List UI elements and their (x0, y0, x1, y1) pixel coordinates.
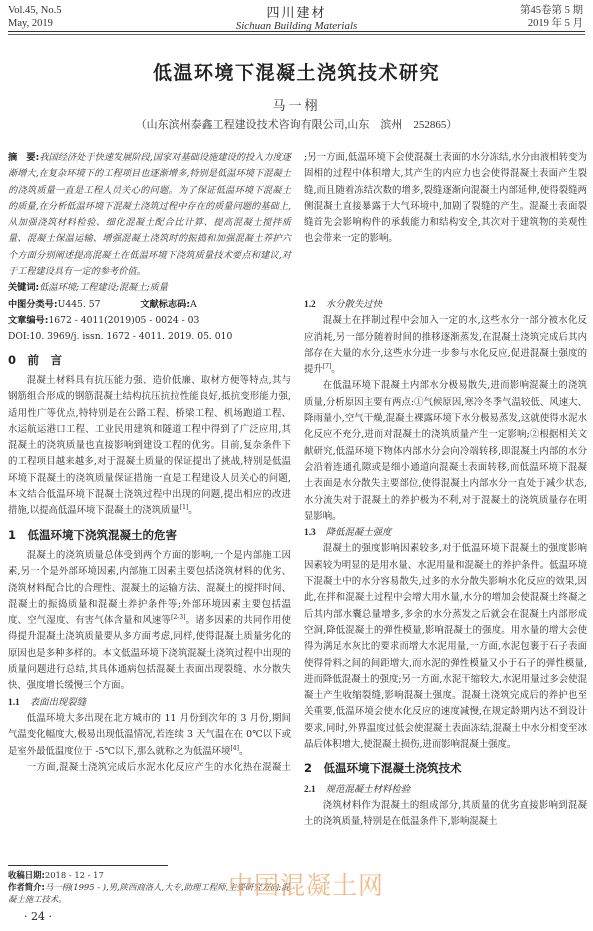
header-rule-thin (8, 34, 585, 35)
received-label: 收稿日期: (8, 870, 45, 880)
article-affiliation: （山东滨州泰鑫工程建设技术咨询有限公司,山东 滨州 252865） (0, 116, 593, 132)
paragraph-text: 。 (331, 364, 340, 375)
paragraph-text: 低温环境大多出现在北方城市的 11 月份到次年的 3 月份,期间气温变化幅度大,… (8, 713, 291, 757)
page-number: · 24 · (24, 910, 52, 923)
abstract-label: 摘 要: (8, 152, 39, 163)
section-0-heading: 0 前 言 (8, 352, 291, 368)
paragraph-text: 一方面,混凝土浇筑完成后水泥水化反应产生的水化热在混凝土内部难以散失,而外部温度… (8, 762, 291, 776)
article-no-value: 1672 - 4011(2019)05 - 0024 - 03 (48, 315, 199, 326)
doi: DOI:10. 3969/j. issn. 1672 - 4011. 2019.… (8, 329, 291, 345)
subsection-number: 1.1 (8, 698, 20, 708)
doc-code-label: 文献标志码: (140, 299, 190, 310)
footnote-rule (8, 865, 168, 866)
subsection-1-2-heading: 1.2水分散失过快 (304, 297, 587, 313)
volume-cn: 第45卷第 5 期 (520, 4, 583, 17)
citation-ref: [2-3] (171, 614, 185, 621)
left-column: 摘 要:我国经济处于快速发展阶段,国家对基础设施建设的投入力度逐渐增大,在复杂环… (8, 150, 291, 776)
paragraph-text: 。 (239, 746, 248, 757)
subsection-1-1-paragraph: 低温环境大多出现在北方城市的 11 月份到次年的 3 月份,期间气温变化幅度大,… (8, 711, 291, 760)
section-1-heading: 1 低温环境下浇筑混凝土的危害 (8, 527, 291, 543)
article-number-line: 文章编号:1672 - 4011(2019)05 - 0024 - 03 (8, 313, 291, 329)
keywords: 关键词:低温环境;工程建设;混凝土;质量 (8, 280, 291, 296)
subsection-title: 表面出现裂缝 (30, 697, 86, 708)
journal-header: Vol.45, No.5 May, 2019 四川建材 Sichuan Buil… (0, 0, 593, 40)
subsection-2-1-heading: 2.1规范混凝土材料检验 (304, 782, 587, 798)
subsection-1-3-heading: 1.3降低混凝土强度 (304, 525, 587, 541)
paragraph-text: 。诸多因素的共同作用使得提升混凝土浇筑质量要从多方面考虑,同样,使得混凝土质量劣… (8, 615, 291, 691)
section-0-paragraph: 混凝土材料具有抗压能力强、造价低廉、取材方便等特点,其与钢筋组合形成的钢筋混凝土… (8, 373, 291, 520)
article-title: 低温环境下混凝土浇筑技术研究 (0, 58, 593, 85)
section-1-paragraph: 混凝土的浇筑质量总体受到两个方面的影响,一个是内部施工因素,另一个是外部环境因素… (8, 548, 291, 695)
paragraph-text: 。 (188, 505, 197, 516)
keywords-label: 关键词: (8, 282, 39, 293)
subsection-title: 降低混凝土强度 (326, 527, 392, 538)
subsection-1-1-paragraph-2-start: 一方面,混凝土浇筑完成后水泥水化反应产生的水化热在混凝土内部难以散失,而外部温度… (8, 760, 291, 776)
subsection-2-1-paragraph: 浇筑材料作为混凝土的组成部分,其质量的优劣直接影响到混凝土的浇筑质量,特别是在低… (304, 798, 587, 831)
right-column: ;另一方面,低温环境下会使混凝土表面的水分冻结,水分由液相转变为固相的过程中体积… (304, 150, 587, 831)
received-value: 2018 - 12 - 17 (45, 870, 104, 880)
abstract-text: 我国经济处于快速发展阶段,国家对基础设施建设的投入力度逐渐增大,在复杂环境下的工… (8, 152, 291, 277)
date-cn: 2019 年 5 月 (520, 17, 583, 30)
header-rule (8, 31, 585, 32)
citation-ref: [1] (180, 504, 189, 511)
abstract: 摘 要:我国经济处于快速发展阶段,国家对基础设施建设的投入力度逐渐增大,在复杂环… (8, 150, 291, 280)
section-2-heading: 2 低温环境下混凝土浇筑技术 (304, 760, 587, 776)
subsection-title: 水分散失过快 (326, 299, 382, 310)
citation-ref: [7] (323, 363, 332, 370)
subsection-1-1-paragraph-2-cont: ;另一方面,低温环境下会使混凝土表面的水分冻结,水分由液相转变为固相的过程中体积… (304, 150, 587, 297)
citation-ref: [4] (230, 745, 239, 752)
keywords-text: 低温环境;工程建设;混凝土;质量 (39, 282, 168, 293)
paragraph-text: ;另一方面,低温环境下会使混凝土表面的水分冻结,水分由液相转变为固相的过程中体积… (304, 152, 587, 244)
header-right: 第45卷第 5 期 2019 年 5 月 (520, 4, 583, 30)
subsection-number: 1.3 (304, 528, 316, 538)
article-author: 马一栩 (0, 95, 593, 114)
article-no-label: 文章编号: (8, 315, 48, 326)
paragraph-text: 混凝土材料具有抗压能力强、造价低廉、取材方便等特点,其与钢筋组合形成的钢筋混凝土… (8, 375, 291, 516)
subsection-title: 规范混凝土材料检验 (326, 784, 410, 795)
clc-value: U445. 57 (58, 299, 101, 310)
classification-line: 中图分类号:U445. 57文献标志码:A (8, 297, 291, 313)
subsection-number: 1.2 (304, 300, 316, 310)
subsection-1-2-paragraph-2: 在低温环境下混凝土内部水分极易散失,进而影响混凝土的浇筑质量,分析原因主要有两点… (304, 378, 587, 525)
subsection-1-3-paragraph: 混凝土的强度影响因素较多,对于低温环境下混凝土的强度影响因素较为明显的是用水量、… (304, 541, 587, 753)
paragraph-text: 混凝土在拌制过程中会加入一定的水,这些水分一部分被水化反应消耗,另一部分随着时间… (304, 315, 587, 375)
subsection-1-1-heading: 1.1表面出现裂缝 (8, 695, 291, 711)
subsection-1-2-paragraph-1: 混凝土在拌制过程中会加入一定的水,这些水分一部分被水化反应消耗,另一部分随着时间… (304, 313, 587, 378)
author-bio-label: 作者简介: (8, 882, 45, 892)
clc-label: 中图分类号: (8, 299, 58, 310)
header-center: 四川建材 Sichuan Building Materials (0, 2, 593, 32)
watermark: 中国混凝土网 (228, 866, 384, 902)
doc-code-value: A (190, 299, 197, 310)
journal-logo: 四川建材 (0, 2, 593, 21)
subsection-number: 2.1 (304, 785, 316, 795)
